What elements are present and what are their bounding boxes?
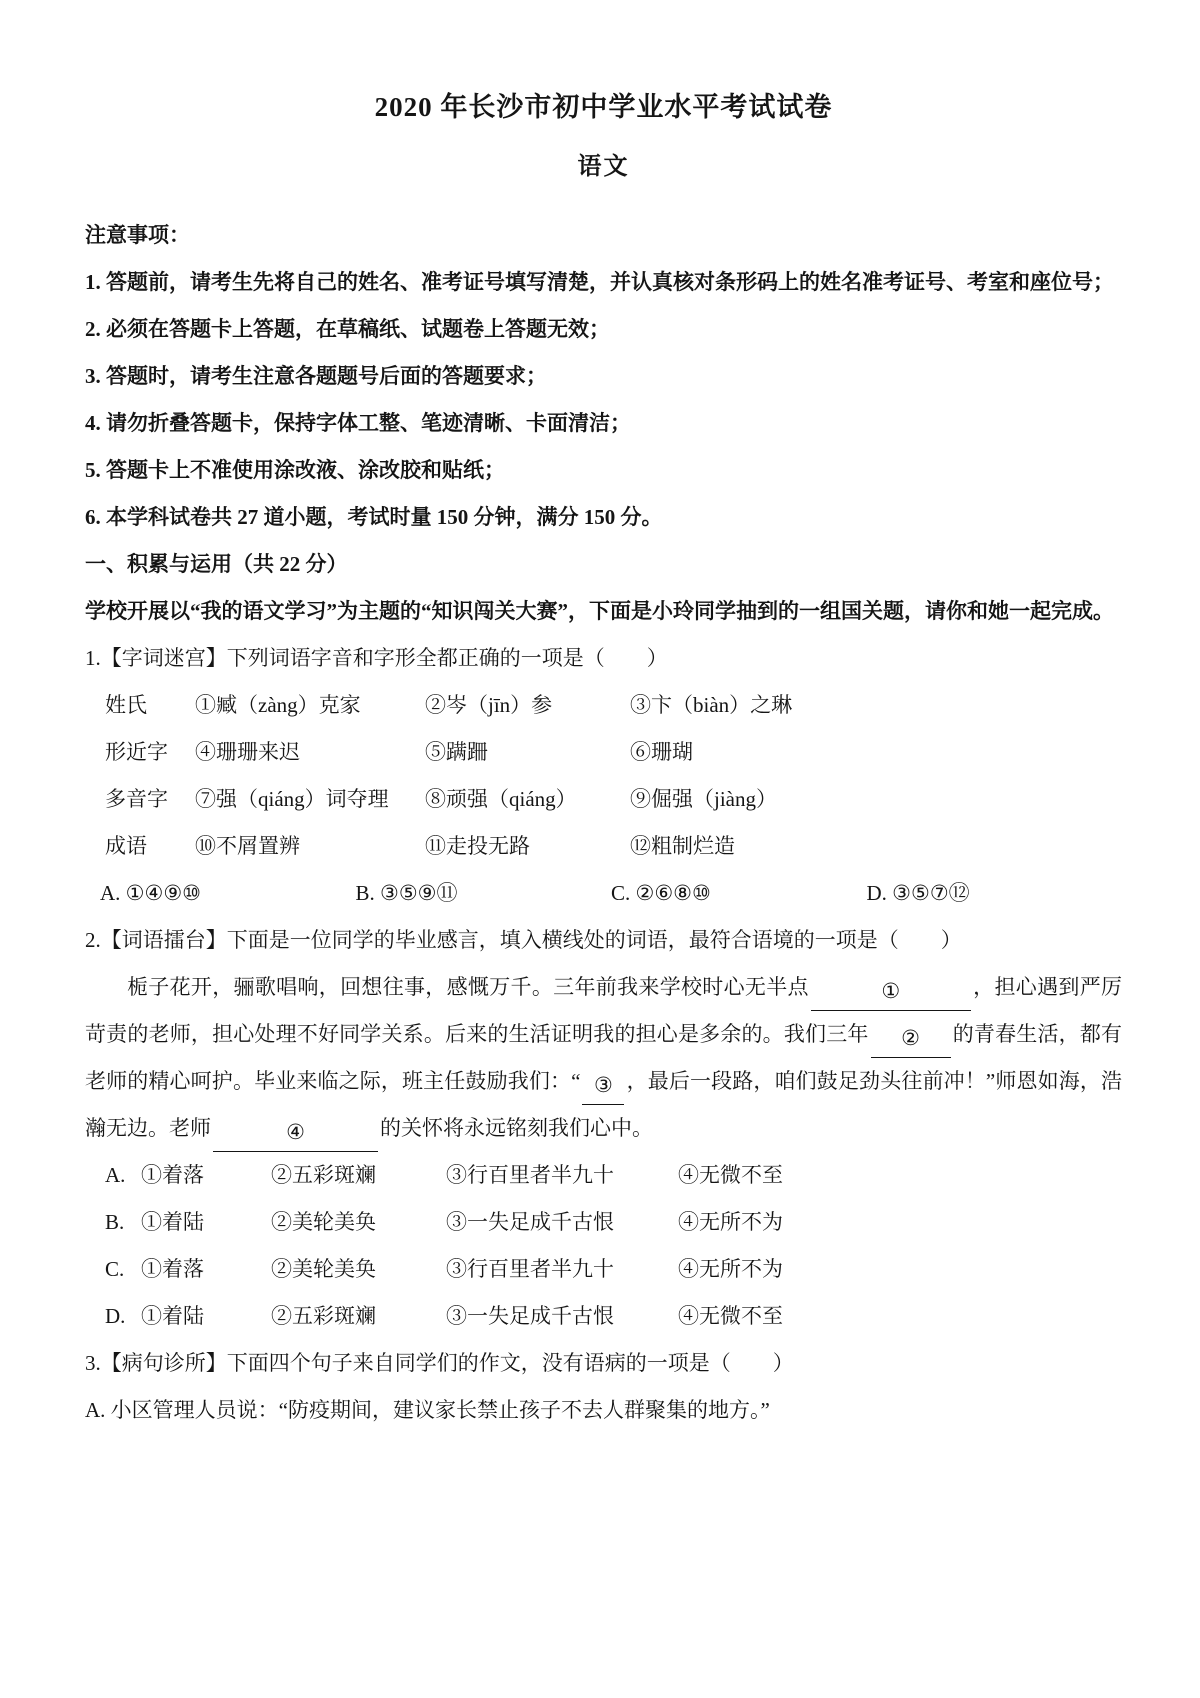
notices-heading: 注意事项：	[85, 212, 1122, 259]
question-2: 2.【词语擂台】下面是一位同学的毕业感言，填入横线处的词语，最符合语境的一项是（…	[85, 917, 1122, 1340]
notice-item-1: 1. 答题前，请考生先将自己的姓名、准考证号填写清楚，并认真核对条形码上的姓名准…	[85, 259, 1122, 306]
q1-table-row-similar-forms: 形近字 ④珊珊来迟 ⑤蹒跚 ⑥珊瑚	[105, 729, 1122, 776]
q2-choice-label: C.	[105, 1246, 141, 1293]
q2-choice-item: ②五彩斑斓	[271, 1293, 446, 1340]
q1-item: ③卞（biàn）之琳	[630, 682, 1122, 729]
q1-item: ⑫粗制烂造	[630, 823, 1122, 870]
q1-item: ②岑（jīn）参	[425, 682, 630, 729]
q2-choice-item: ③一失足成千古恨	[446, 1199, 678, 1246]
q2-choice-item: ①着陆	[141, 1293, 271, 1340]
q1-item: ⑥珊瑚	[630, 729, 1122, 776]
q2-choice-item: ④无微不至	[678, 1293, 1122, 1340]
q1-item: ④珊珊来迟	[195, 729, 425, 776]
subject-title: 语文	[85, 144, 1122, 191]
q2-choice-item: ③一失足成千古恨	[446, 1293, 678, 1340]
notice-item-5: 5. 答题卡上不准使用涂改液、涂改胶和贴纸；	[85, 447, 1122, 494]
q1-choice-c: C. ②⑥⑧⑩	[611, 870, 867, 917]
q2-choice-item: ④无所不为	[678, 1246, 1122, 1293]
q2-blank-2: ②	[871, 1023, 951, 1058]
notice-item-6: 6. 本学科试卷共 27 道小题，考试时量 150 分钟，满分 150 分。	[85, 494, 1122, 541]
q1-table-row-polyphones: 多音字 ⑦强（qiáng）词夺理 ⑧顽强（qiáng） ⑨倔强（jiàng）	[105, 776, 1122, 823]
q1-choice-b: B. ③⑤⑨⑪	[356, 870, 612, 917]
q2-choice-label: A.	[105, 1152, 141, 1199]
q3-choice-a: A. 小区管理人员说：“防疫期间，建议家长禁止孩子不去人群聚集的地方。”	[85, 1387, 1122, 1434]
q1-choice-a: A. ①④⑨⑩	[100, 870, 356, 917]
q2-choice-item: ②美轮美奂	[271, 1199, 446, 1246]
q2-choice-item: ②美轮美奂	[271, 1246, 446, 1293]
q1-table-row-surname: 姓氏 ①臧（zàng）克家 ②岑（jīn）参 ③卞（biàn）之琳	[105, 682, 1122, 729]
q2-passage-segment: 的关怀将永远铭刻我们心中。	[380, 1116, 653, 1140]
exam-paper-page: 2020 年长沙市初中学业水平考试试卷 语文 注意事项： 1. 答题前，请考生先…	[0, 0, 1200, 1434]
q1-table-row-idioms: 成语 ⑩不屑置辨 ⑪走投无路 ⑫粗制烂造	[105, 823, 1122, 870]
q2-choice-b-row: B. ①着陆 ②美轮美奂 ③一失足成千古恨 ④无所不为	[105, 1199, 1122, 1246]
q1-item: ⑪走投无路	[425, 823, 630, 870]
q2-passage-segment: 栀子花开，骊歌唱响，回想往事，感慨万千。三年前我来学校时心无半点	[127, 975, 809, 999]
q2-choice-item: ④无所不为	[678, 1199, 1122, 1246]
q2-choice-a-row: A. ①着落 ②五彩斑斓 ③行百里者半九十 ④无微不至	[105, 1152, 1122, 1199]
section-1-heading: 一、积累与运用（共 22 分）	[85, 541, 1122, 588]
q2-choice-item: ①着陆	[141, 1199, 271, 1246]
q1-stem: 1.【字词迷宫】下列词语字音和字形全都正确的一项是（ ）	[85, 635, 1122, 682]
question-3: 3.【病句诊所】下面四个句子来自同学们的作文，没有语病的一项是（ ） A. 小区…	[85, 1340, 1122, 1434]
q2-passage: 栀子花开，骊歌唱响，回想往事，感慨万千。三年前我来学校时心无半点①，担心遇到严厉…	[85, 964, 1122, 1152]
q1-item: ⑤蹒跚	[425, 729, 630, 776]
q1-choices-row: A. ①④⑨⑩ B. ③⑤⑨⑪ C. ②⑥⑧⑩ D. ③⑤⑦⑫	[100, 870, 1122, 917]
q2-blank-1: ①	[811, 976, 971, 1011]
q1-item: ⑨倔强（jiàng）	[630, 776, 1122, 823]
question-1: 1.【字词迷宫】下列词语字音和字形全都正确的一项是（ ） 姓氏 ①臧（zàng）…	[85, 635, 1122, 917]
q1-row-label: 成语	[105, 823, 195, 870]
q2-choice-label: D.	[105, 1293, 141, 1340]
q2-choice-d-row: D. ①着陆 ②五彩斑斓 ③一失足成千古恨 ④无微不至	[105, 1293, 1122, 1340]
q2-choice-item: ①着落	[141, 1152, 271, 1199]
q2-stem: 2.【词语擂台】下面是一位同学的毕业感言，填入横线处的词语，最符合语境的一项是（…	[85, 917, 1122, 964]
section-1-intro: 学校开展以“我的语文学习”为主题的“知识闯关大赛”，下面是小玲同学抽到的一组国关…	[85, 588, 1122, 635]
q2-choice-item: ②五彩斑斓	[271, 1152, 446, 1199]
q2-choice-item: ④无微不至	[678, 1152, 1122, 1199]
q2-choice-item: ③行百里者半九十	[446, 1246, 678, 1293]
q1-item: ⑩不屑置辨	[195, 823, 425, 870]
q2-choice-item: ③行百里者半九十	[446, 1152, 678, 1199]
q1-row-label: 多音字	[105, 776, 195, 823]
q3-stem: 3.【病句诊所】下面四个句子来自同学们的作文，没有语病的一项是（ ）	[85, 1340, 1122, 1387]
notices-section: 注意事项： 1. 答题前，请考生先将自己的姓名、准考证号填写清楚，并认真核对条形…	[85, 212, 1122, 541]
q2-blank-4: ④	[213, 1117, 378, 1152]
notice-item-2: 2. 必须在答题卡上答题，在草稿纸、试题卷上答题无效；	[85, 306, 1122, 353]
q1-item: ①臧（zàng）克家	[195, 682, 425, 729]
q2-choice-item: ①着落	[141, 1246, 271, 1293]
q2-blank-3: ③	[582, 1070, 624, 1105]
notice-item-4: 4. 请勿折叠答题卡，保持字体工整、笔迹清晰、卡面清洁；	[85, 400, 1122, 447]
q2-choice-label: B.	[105, 1199, 141, 1246]
q1-row-label: 姓氏	[105, 682, 195, 729]
notice-item-3: 3. 答题时，请考生注意各题题号后面的答题要求；	[85, 353, 1122, 400]
q2-choice-c-row: C. ①着落 ②美轮美奂 ③行百里者半九十 ④无所不为	[105, 1246, 1122, 1293]
q1-choice-d: D. ③⑤⑦⑫	[867, 870, 1123, 917]
q1-item: ⑧顽强（qiáng）	[425, 776, 630, 823]
page-title: 2020 年长沙市初中学业水平考试试卷	[85, 84, 1122, 131]
q1-item: ⑦强（qiáng）词夺理	[195, 776, 425, 823]
q1-row-label: 形近字	[105, 729, 195, 776]
section-1: 一、积累与运用（共 22 分） 学校开展以“我的语文学习”为主题的“知识闯关大赛…	[85, 541, 1122, 635]
